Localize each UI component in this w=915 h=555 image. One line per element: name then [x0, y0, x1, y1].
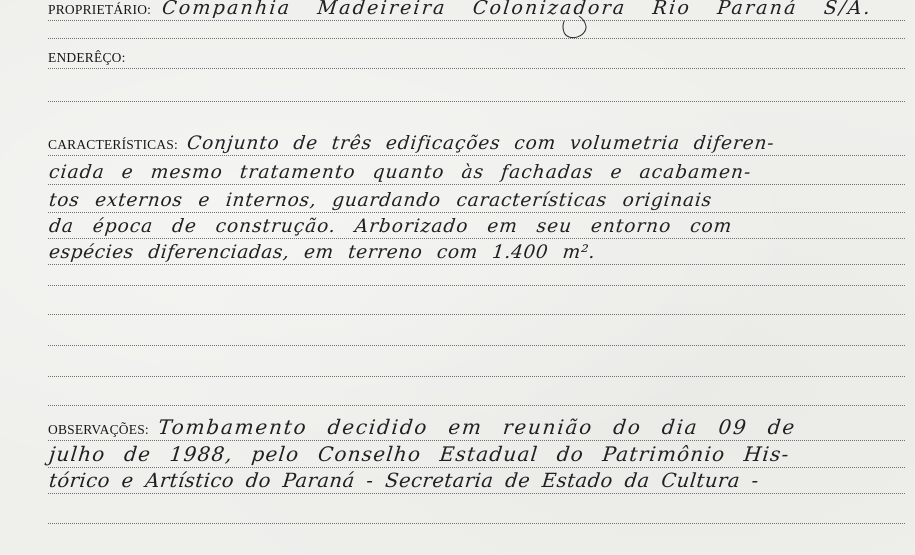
blank-dotted-line	[48, 37, 905, 39]
blank-dotted-line	[48, 313, 905, 315]
blank-dotted-line	[48, 404, 905, 406]
observations-text-line: julho de 1988, pelo Conselho Estadual do…	[48, 442, 791, 466]
characteristics-text-line: tos externos e internos, guardando carac…	[48, 190, 713, 211]
observations-line-1: OBSERVAÇÕES: Tombamento decidido em reun…	[48, 414, 905, 441]
characteristics-line-content: espécies diferenciadas, em terreno com 1…	[48, 242, 594, 263]
observations-field: OBSERVAÇÕES: Tombamento decidido em reun…	[48, 415, 795, 439]
owner-label: PROPRIETÁRIO:	[48, 2, 151, 17]
characteristics-text-line: Conjunto de três edificações com volumet…	[186, 133, 776, 154]
characteristics-line-2: ciada e mesmo tratamento quanto às facha…	[48, 157, 905, 185]
observations-line-3: tórico e Artístico do Paraná - Secretari…	[48, 467, 905, 494]
characteristics-field: CARACTERÍSTICAS: Conjunto de três edific…	[48, 133, 773, 154]
blank-dotted-line	[48, 284, 905, 286]
observations-line-2: julho de 1988, pelo Conselho Estadual do…	[48, 441, 905, 468]
scanned-form-page: PROPRIETÁRIO: Companhia Madeireira Colon…	[0, 0, 915, 555]
observations-text-line: tórico e Artístico do Paraná - Secretari…	[48, 469, 760, 492]
address-field: ENDERÊÇO:	[48, 49, 130, 67]
characteristics-text-line: ciada e mesmo tratamento quanto às facha…	[48, 162, 753, 183]
characteristics-line-content: ciada e mesmo tratamento quanto às facha…	[48, 162, 750, 183]
characteristics-line-3: tos externos e internos, guardando carac…	[48, 185, 905, 213]
blank-dotted-line	[48, 100, 905, 102]
characteristics-text-line: da época de construção. Arborizado em se…	[48, 216, 733, 237]
observations-label: OBSERVAÇÕES:	[48, 422, 149, 437]
characteristics-label: CARACTERÍSTICAS:	[48, 137, 178, 152]
owner-field-line: PROPRIETÁRIO: Companhia Madeireira Colon…	[48, 0, 905, 21]
characteristics-line-1: CARACTERÍSTICAS: Conjunto de três edific…	[48, 131, 905, 156]
characteristics-line-5: espécies diferenciadas, em terreno com 1…	[48, 238, 905, 265]
blank-dotted-line	[48, 375, 905, 377]
address-label: ENDERÊÇO:	[48, 50, 126, 65]
characteristics-line-content: tos externos e internos, guardando carac…	[48, 190, 711, 211]
owner-value: Companhia Madeireira Colonizadora Rio Pa…	[161, 0, 873, 19]
address-field-line: ENDERÊÇO:	[48, 46, 905, 69]
characteristics-line-4: da época de construção. Arborizado em se…	[48, 212, 905, 239]
blank-dotted-line	[48, 522, 905, 524]
characteristics-line-content: da época de construção. Arborizado em se…	[48, 216, 731, 237]
characteristics-text-line: espécies diferenciadas, em terreno com 1…	[48, 242, 596, 263]
observations-line-content: julho de 1988, pelo Conselho Estadual do…	[48, 442, 788, 466]
observations-line-content: tórico e Artístico do Paraná - Secretari…	[48, 469, 758, 492]
blank-dotted-line	[48, 344, 905, 346]
observations-text-line: Tombamento decidido em reunião do dia 09…	[157, 415, 797, 439]
owner-field: PROPRIETÁRIO: Companhia Madeireira Colon…	[48, 0, 871, 19]
